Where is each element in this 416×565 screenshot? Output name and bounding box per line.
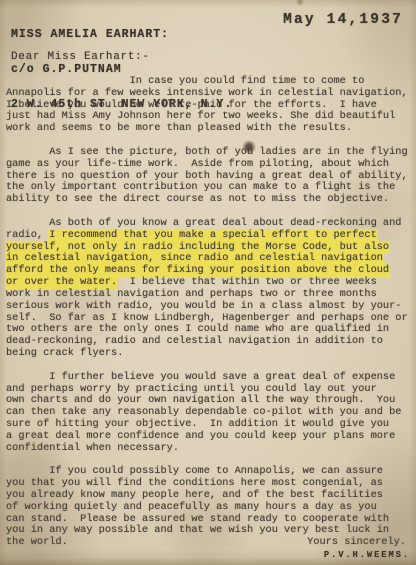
letter-text: ability to see the direct course as not … bbox=[6, 194, 389, 206]
paragraph: I further believe you would save a great… bbox=[6, 372, 412, 455]
letter-text: work and seems to be more than pleased w… bbox=[6, 123, 352, 135]
letter-text: As both of you know a great deal about d… bbox=[6, 218, 401, 230]
ink-blot bbox=[242, 140, 256, 154]
letter-text: I further believe you would save a great… bbox=[6, 372, 395, 384]
paragraph: If you could possibly come to Annapolis,… bbox=[6, 466, 412, 562]
signature: P.V.H.WEEMS. bbox=[324, 550, 412, 562]
letter-line: I further believe you would save a great… bbox=[6, 372, 412, 384]
letter-line: being crack flyers. bbox=[6, 348, 412, 360]
letter-line: a great deal more confidence and you cou… bbox=[6, 431, 412, 443]
letter-page: MISS AMELIA EARHART: c/o G.P.PUTNAM 2 W.… bbox=[0, 0, 416, 565]
highlighted-text: I recommend that you make a special effo… bbox=[49, 230, 377, 242]
letter-line: ability to see the direct course as not … bbox=[6, 194, 412, 206]
letter-line: confidential when necessary. bbox=[6, 443, 412, 455]
letter-line: work in celestial navigation and perhaps… bbox=[6, 289, 412, 301]
letter-body: In case you could find time to come toAn… bbox=[6, 76, 412, 562]
recipient-name: MISS AMELIA EARHART: bbox=[11, 29, 232, 41]
letter-line: work and seems to be more than pleased w… bbox=[6, 123, 412, 135]
letter-text: radio, bbox=[6, 230, 49, 242]
paragraph: In case you could find time to come toAn… bbox=[6, 76, 412, 135]
letter-line: Annapolis for a few weeks intensive work… bbox=[6, 88, 412, 100]
letter-line: serious work with radio, you would be in… bbox=[6, 301, 412, 313]
letter-text: serious work with radio, you would be in… bbox=[6, 301, 401, 313]
letter-line: As both of you know a great deal about d… bbox=[6, 218, 412, 230]
recipient-care-of: c/o G.P.PUTNAM bbox=[11, 64, 232, 76]
date: May 14,1937 bbox=[283, 12, 403, 28]
salutation: Dear Miss Earhart:- bbox=[11, 51, 150, 63]
letter-line: game as your life-time work. Aside from … bbox=[6, 159, 412, 171]
closing: Yours sincerely. bbox=[307, 537, 412, 549]
letter-text: being crack flyers. bbox=[6, 348, 123, 360]
paragraph: As both of you know a great deal about d… bbox=[6, 218, 412, 360]
letter-line: of working quietly and peacefully as man… bbox=[6, 502, 412, 514]
letter-text: of working quietly and peacefully as man… bbox=[6, 502, 377, 514]
letter-text: game as your life-time work. Aside from … bbox=[6, 159, 389, 171]
letter-line: radio, I recommend that you make a speci… bbox=[6, 230, 412, 242]
letter-text: a great deal more confidence and you cou… bbox=[6, 431, 395, 443]
letter-text: Annapolis for a few weeks intensive work… bbox=[6, 88, 408, 100]
letter-text: the world. bbox=[6, 537, 68, 549]
paragraph: As I see the picture, both of you ladies… bbox=[6, 147, 412, 206]
letter-text: confidential when necessary. bbox=[6, 443, 179, 455]
letter-line: the world.Yours sincerely. bbox=[6, 537, 412, 549]
letter-text: work in celestial navigation and perhaps… bbox=[6, 289, 377, 301]
letter-line: P.V.H.WEEMS. bbox=[6, 549, 412, 562]
